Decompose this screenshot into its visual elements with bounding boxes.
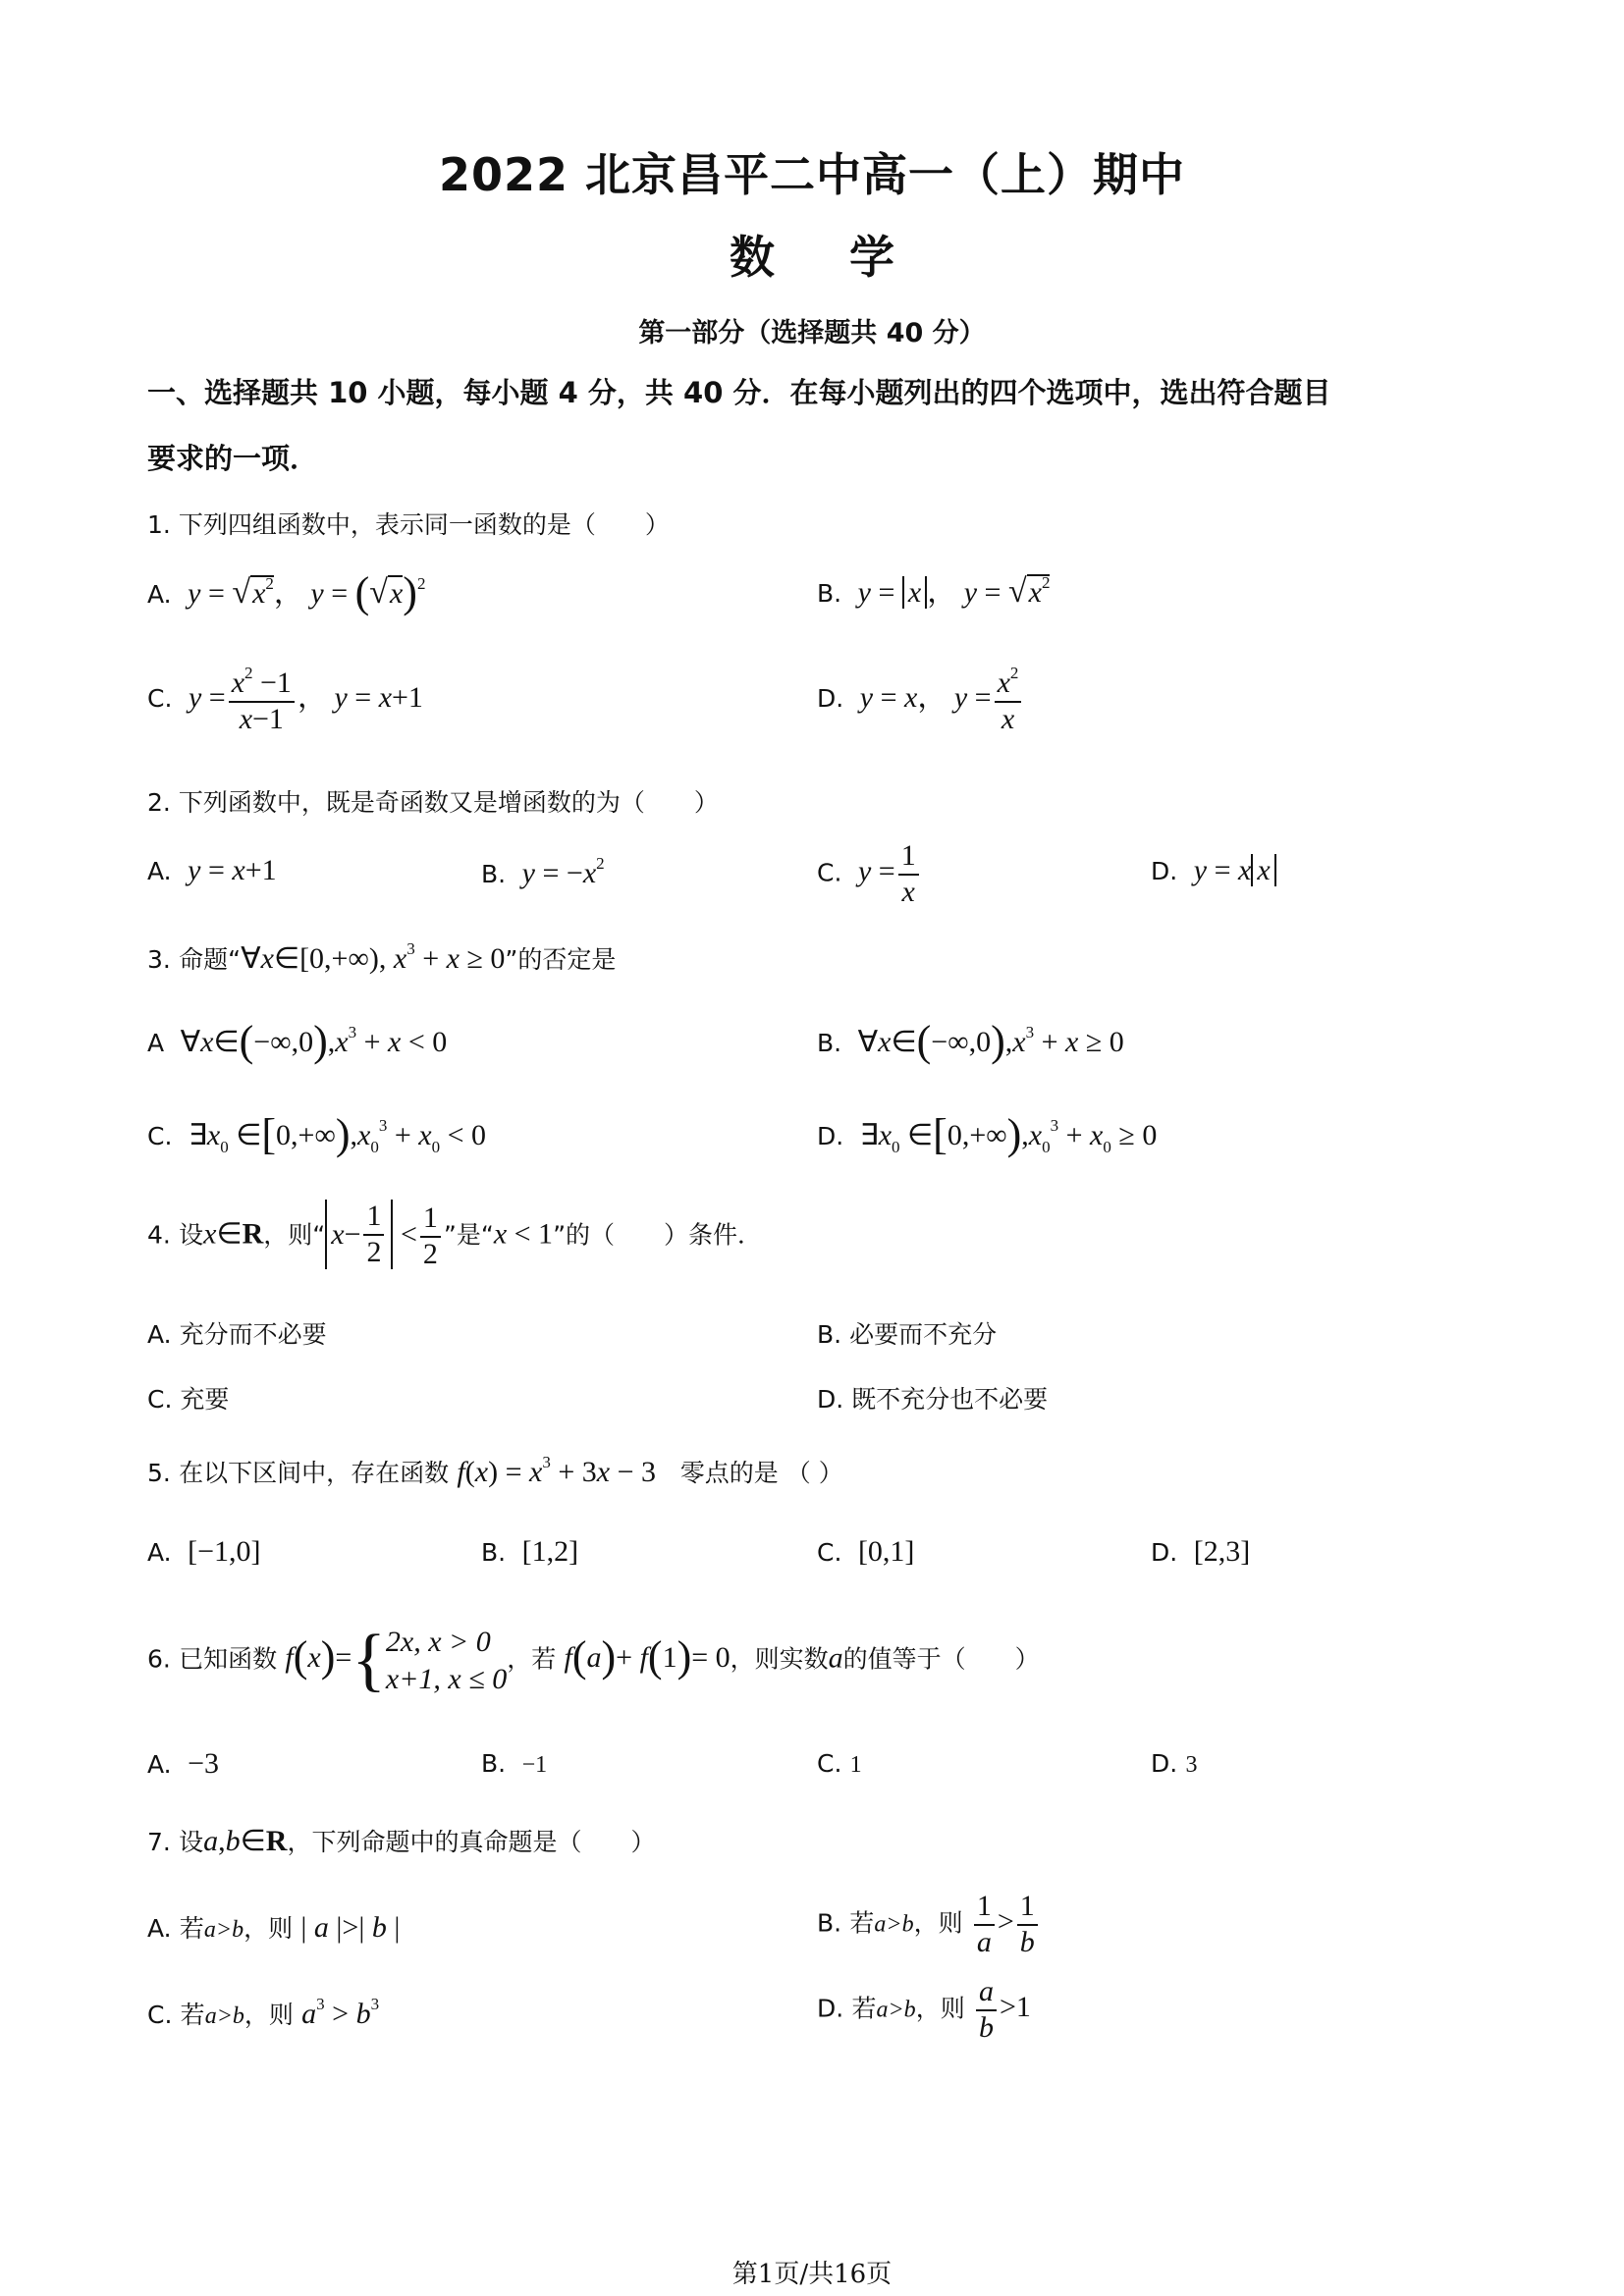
part-heading: 第一部分（选择题共 40 分） bbox=[0, 311, 1624, 349]
q6-option-c[interactable]: C. 1 bbox=[817, 1749, 862, 1779]
q5-option-d[interactable]: D. [2,3] bbox=[1151, 1535, 1250, 1569]
question-7-stem: 7. 设a,b∈R，下列命题中的真命题是（ ） bbox=[147, 1823, 655, 1858]
q2-option-c[interactable]: C. y =1x bbox=[817, 839, 922, 909]
q5-option-c[interactable]: C. [0,1] bbox=[817, 1535, 914, 1569]
q3-option-c[interactable]: C. ∃x0 ∈[0,+∞),x03 + x0 < 0 bbox=[147, 1109, 486, 1159]
q6-option-d[interactable]: D. 3 bbox=[1151, 1749, 1197, 1779]
q1-option-a-math: y = √x2， y = (√x)2 bbox=[188, 577, 425, 610]
q7-option-b[interactable]: B. 若a>b，则 1a>1b bbox=[817, 1890, 1041, 1959]
question-4-stem: 4. 设x∈R，则“x −12 <12”是“x < 1”的（ ）条件． bbox=[147, 1200, 762, 1271]
q4-option-c[interactable]: C. 充要 bbox=[147, 1380, 229, 1415]
q7-option-a[interactable]: A. 若a>b，则 | a |>| b | bbox=[147, 1909, 400, 1945]
q1-option-b[interactable]: B. y = x， y = √x2 bbox=[817, 567, 1050, 611]
exam-title: 2022 北京昌平二中高一（上）期中 bbox=[0, 139, 1624, 204]
q3-option-d[interactable]: D. ∃x0 ∈[0,+∞),x03 + x0 ≥ 0 bbox=[817, 1109, 1157, 1159]
question-6-stem: 6. 已知函数 f(x)={2x, x > 0x+1, x ≤ 0，若 f(a)… bbox=[147, 1620, 1040, 1701]
q4-option-a[interactable]: A. 充分而不必要 bbox=[147, 1315, 327, 1351]
question-2-stem: 2. 下列函数中，既是奇函数又是增函数的为（ ） bbox=[147, 783, 719, 819]
section-instructions-line2: 要求的一项． bbox=[147, 437, 318, 477]
question-3-stem: 3. 命题“∀x∈[0,+∞), x3 + x ≥ 0”的否定是 bbox=[147, 939, 616, 976]
q3-option-b[interactable]: B. ∀x∈(−∞,0),x3 + x ≥ 0 bbox=[817, 1016, 1124, 1066]
subject-title: 数 学 bbox=[0, 222, 1624, 287]
q1-option-c[interactable]: C. y =x2 −1x−1， y = x+1 bbox=[147, 664, 423, 736]
q6-option-a[interactable]: A. −3 bbox=[147, 1747, 219, 1781]
q1-option-a[interactable]: A. y = √x2， y = (√x)2 bbox=[147, 567, 425, 617]
question-5-stem: 5. 在以下区间中，存在函数 f(x) = x3 + 3x − 3 零点的是 （… bbox=[147, 1453, 843, 1489]
q4-option-d[interactable]: D. 既不充分也不必要 bbox=[817, 1380, 1048, 1415]
q7-option-c[interactable]: C. 若a>b，则 a3 > b3 bbox=[147, 1995, 379, 2031]
q7-option-d[interactable]: D. 若a>b，则 ab>1 bbox=[817, 1975, 1031, 2045]
q6-option-b[interactable]: B. −1 bbox=[481, 1749, 547, 1779]
q3-option-a[interactable]: A ∀x∈(−∞,0),x3 + x < 0 bbox=[147, 1016, 447, 1066]
question-1-stem: 1. 下列四组函数中，表示同一函数的是（ ） bbox=[147, 506, 670, 541]
section-instructions-line1: 一、选择题共 10 小题，每小题 4 分，共 40 分．在每小题列出的四个选项中… bbox=[147, 371, 1330, 411]
q4-option-b[interactable]: B. 必要而不充分 bbox=[817, 1315, 997, 1351]
q6-case-2: x+1, x ≤ 0 bbox=[386, 1661, 507, 1698]
page-indicator: 第1页/共16页 bbox=[0, 2254, 1624, 2290]
q5-option-b[interactable]: B. [1,2] bbox=[481, 1535, 578, 1569]
q2-option-a[interactable]: A. y = x+1 bbox=[147, 854, 277, 887]
q2-option-d[interactable]: D. y = xx bbox=[1151, 854, 1276, 887]
q6-case-1: 2x, x > 0 bbox=[386, 1624, 507, 1661]
q5-option-a[interactable]: A. [−1,0] bbox=[147, 1535, 261, 1569]
q2-option-b[interactable]: B. y = −x2 bbox=[481, 854, 605, 890]
q1-option-d[interactable]: D. y = x， y =x2x bbox=[817, 664, 1024, 736]
